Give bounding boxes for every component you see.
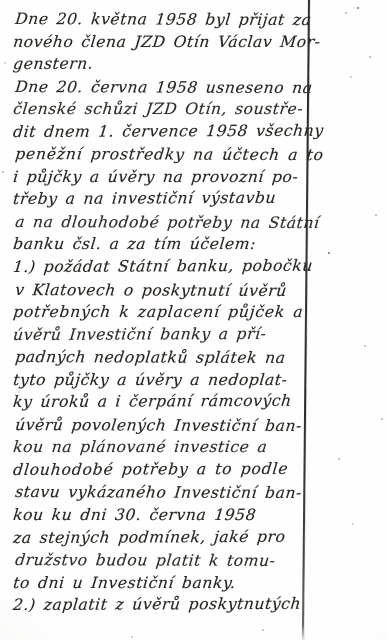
handwritten-line: nového člena JZD Otín Václav Mor- xyxy=(12,31,314,54)
handwritten-line: v Klatovech o poskytnutí úvěrů xyxy=(12,279,314,303)
handwritten-line: kou ku dni 30. června 1958 xyxy=(12,504,314,527)
handwritten-line: kou na plánované investice a xyxy=(12,436,314,459)
handwritten-line: 1.) požádat Státní banku, pobočku xyxy=(12,255,314,279)
handwritten-line: družstvo budou platit k tomu- xyxy=(12,549,314,573)
handwritten-line: potřebných k zaplacení půjček a xyxy=(12,301,314,324)
handwritten-text: Dne 20. května 1958 byl přijat zanového … xyxy=(12,8,312,617)
handwritten-line: padných nedoplatků splátek na xyxy=(12,346,314,370)
handwritten-line: banku čsl. a za tím účelem: xyxy=(12,233,314,256)
handwritten-line: ky úroků a i čerpání rámcových xyxy=(12,390,314,414)
handwritten-line: i půjčky a úvěry na provozní po- xyxy=(12,166,314,189)
handwritten-line: úvěrů povolených Investiční ban- xyxy=(12,414,314,438)
handwritten-line: to dni u Investiční banky. xyxy=(12,572,314,595)
handwritten-line: genstern. xyxy=(12,52,314,76)
handwritten-line: dlouhodobé potřeby a to podle xyxy=(12,458,314,482)
handwritten-line: dit dnem 1. července 1958 všechny xyxy=(12,119,314,143)
manuscript-page: Dne 20. května 1958 byl přijat zanového … xyxy=(0,0,388,640)
handwritten-line: 2.) zaplatit z úvěrů poskytnutých xyxy=(12,593,314,617)
handwritten-line: třeby a na investiční výstavbu xyxy=(12,187,314,211)
handwritten-line: úvěrů Investiční banky a pří- xyxy=(12,322,314,346)
handwritten-line: a na dlouhodobé potřeby na Státní xyxy=(12,211,314,235)
handwritten-line: Dne 20. května 1958 byl přijat za xyxy=(12,8,314,32)
handwritten-line: členské schůzi JZD Otín, soustře- xyxy=(12,98,314,121)
paper-specks xyxy=(0,0,2,2)
handwritten-line: peněžní prostředky na účtech a to xyxy=(12,143,314,167)
handwritten-line: tyto půjčky a úvěry a nedoplat- xyxy=(12,369,314,392)
handwritten-line: stavu vykázaného Investiční ban- xyxy=(12,481,314,505)
handwritten-line: za stejných podmínek, jaké pro xyxy=(12,525,314,549)
handwritten-line: Dne 20. června 1958 usneseno na xyxy=(12,76,314,100)
